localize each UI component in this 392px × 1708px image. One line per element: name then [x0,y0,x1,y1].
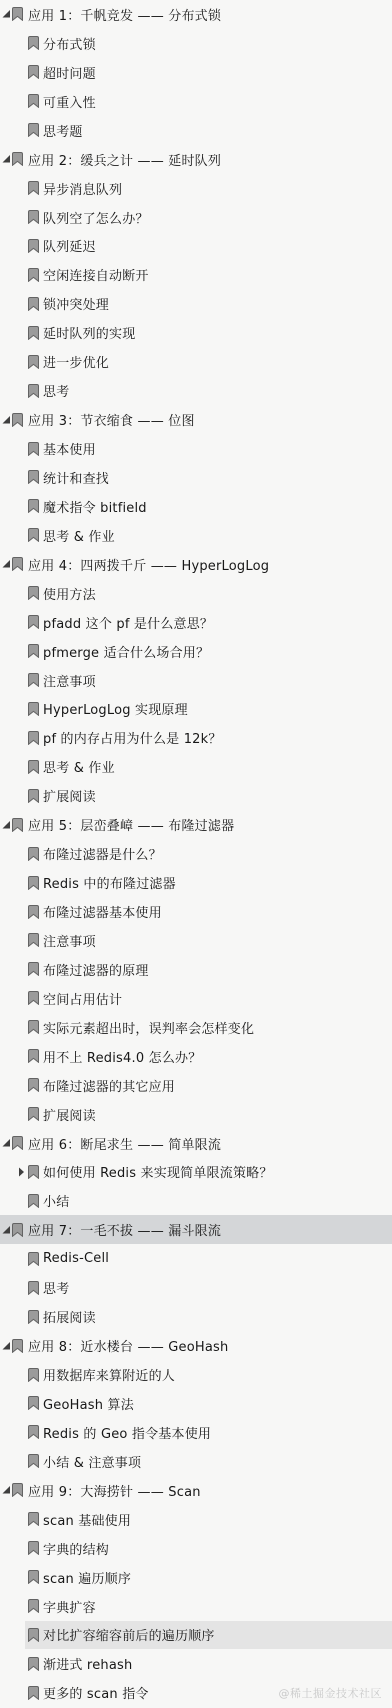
outline-item-label: 空间占用估计 [43,989,122,1008]
outline-item-label: 布隆过滤器是什么？ [43,844,162,863]
bookmark-icon [28,962,39,976]
outline-child-row[interactable]: 队列延迟 [0,232,392,261]
outline-child-row[interactable]: 字典的结构 [0,1534,392,1563]
outline-item-label: 如何使用 Redis 来实现简单限流策略？ [43,1162,273,1181]
outline-section-row[interactable]: 应用 8：近水楼台 —— GeoHash [0,1331,392,1360]
outline-item-label: 应用 2：缓兵之计 —— 延时队列 [28,150,221,169]
outline-item-label: GeoHash 算法 [43,1394,134,1413]
bookmark-icon [12,1339,23,1353]
bookmark-icon [28,1078,39,1092]
bookmark-icon [28,1165,39,1179]
outline-item-label: pfmerge 适合什么场合用？ [43,642,209,661]
outline-child-row[interactable]: 字典扩容 [0,1592,392,1621]
outline-child-row[interactable]: 思考 & 作业 [0,752,392,781]
outline-item-label: 实际元素超出时，误判率会怎样变化 [43,1018,254,1037]
outline-section-row[interactable]: 应用 3：节衣缩食 —— 位图 [0,405,392,434]
outline-section-row[interactable]: 应用 2：缓兵之计 —— 延时队列 [0,145,392,174]
bookmarks-panel: 应用 1：千帆竞发 —— 分布式锁 分布式锁 超时问题 可重入性 思考题 应用 … [0,0,392,1708]
outline-child-row[interactable]: 可重入性 [0,87,392,116]
outline-section-row[interactable]: 应用 6：断尾求生 —— 简单限流 [0,1129,392,1158]
bookmark-icon [28,1368,39,1382]
outline-child-row[interactable]: 对比扩容缩容前后的遍历顺序 [0,1621,392,1650]
outline-item-label: 可重入性 [43,92,96,111]
outline-child-row[interactable]: GeoHash 算法 [0,1389,392,1418]
outline-child-row[interactable]: 使用方法 [0,579,392,608]
outline-section-row[interactable]: 应用 1：千帆竞发 —— 分布式锁 [0,0,392,29]
bookmark-icon [12,1223,23,1237]
triangle-expanded-icon[interactable] [2,1486,11,1495]
outline-child-row[interactable]: 布隆过滤器是什么？ [0,839,392,868]
outline-item-label: 应用 8：近水楼台 —— GeoHash [28,1336,228,1355]
outline-child-row[interactable]: 基本使用 [0,434,392,463]
bookmark-icon [28,355,39,369]
bookmark-icon [12,818,23,832]
outline-child-row[interactable]: 扩展阅读 [0,781,392,810]
outline-item-label: 用数据库来算附近的人 [43,1365,175,1384]
outline-item-label: 应用 6：断尾求生 —— 简单限流 [28,1134,221,1153]
bookmark-icon [28,673,39,687]
outline-child-row[interactable]: 思考题 [0,116,392,145]
outline-child-row[interactable]: 如何使用 Redis 来实现简单限流策略？ [0,1158,392,1187]
bookmark-icon [28,1541,39,1555]
outline-item-label: Redis-Cell [43,1251,109,1266]
bookmark-icon [28,702,39,716]
outline-item-label: 统计和查找 [43,468,109,487]
bookmark-tree: 应用 1：千帆竞发 —— 分布式锁 分布式锁 超时问题 可重入性 思考题 应用 … [0,0,392,1708]
outline-item-label: 思考 [43,381,69,400]
bookmark-icon [28,442,39,456]
bookmark-icon [28,1570,39,1584]
outline-item-label: 思考 & 作业 [43,757,115,776]
triangle-expanded-icon[interactable] [2,415,11,424]
outline-item-label: 应用 3：节衣缩食 —— 位图 [28,410,195,429]
outline-item-label: HyperLogLog 实现原理 [43,699,188,718]
bookmark-icon [28,470,39,484]
bookmark-icon [28,1657,39,1671]
triangle-expanded-icon[interactable] [2,1341,11,1350]
outline-child-row[interactable]: 用不上 Redis4.0 怎么办？ [0,1042,392,1071]
outline-item-label: 拓展阅读 [43,1307,96,1326]
outline-item-label: 队列延迟 [43,236,96,255]
bookmark-icon [28,1107,39,1121]
outline-child-row[interactable]: 超时问题 [0,58,392,87]
outline-child-row[interactable]: 拓展阅读 [0,1302,392,1331]
outline-item-label: 空闲连接自动断开 [43,265,149,284]
outline-item-label: 异步消息队列 [43,179,122,198]
bookmark-icon [28,1020,39,1034]
outline-item-label: 应用 9：大海捞针 —— Scan [28,1481,201,1500]
outline-child-row[interactable]: Redis-Cell [0,1244,392,1273]
outline-item-label: 更多的 scan 指令 [43,1683,149,1702]
outline-child-row[interactable]: scan 遍历顺序 [0,1563,392,1592]
outline-item-label: 超时问题 [43,63,96,82]
outline-child-row[interactable]: Redis 中的布隆过滤器 [0,868,392,897]
triangle-expanded-icon[interactable] [2,10,11,19]
outline-child-row[interactable]: 渐进式 rehash [0,1649,392,1678]
outline-child-row[interactable]: 队列空了怎么办？ [0,203,392,232]
outline-item-label: 扩展阅读 [43,1105,96,1124]
bookmark-icon [12,557,23,571]
bookmark-icon [28,644,39,658]
outline-item-label: 字典扩容 [43,1597,96,1616]
triangle-expanded-icon[interactable] [2,155,11,164]
outline-item-label: 锁冲突处理 [43,294,109,313]
outline-child-row[interactable]: 思考 [0,1273,392,1302]
bookmark-icon [28,1454,39,1468]
bookmark-icon [12,413,23,427]
bookmark-icon [12,7,23,21]
bookmark-icon [28,123,39,137]
outline-section-row[interactable]: 应用 4：四两拨千斤 —— HyperLogLog [0,550,392,579]
outline-item-label: 小结 & 注意事项 [43,1452,141,1471]
bookmark-icon [28,528,39,542]
bookmark-icon [12,152,23,166]
bookmark-icon [28,239,39,253]
outline-item-label: scan 基础使用 [43,1510,131,1529]
bookmark-icon [12,1136,23,1150]
bookmark-icon [28,1512,39,1526]
bookmark-icon [28,268,39,282]
bookmark-icon [28,1310,39,1324]
outline-child-row[interactable]: 魔术指令 bitfield [0,492,392,521]
triangle-expanded-icon[interactable] [2,560,11,569]
outline-child-row[interactable]: 实际元素超出时，误判率会怎样变化 [0,1013,392,1042]
outline-item-label: 小结 [43,1191,69,1210]
bookmark-icon [28,1252,39,1266]
outline-item-label: 布隆过滤器的其它应用 [43,1076,175,1095]
outline-item-label: 注意事项 [43,931,96,950]
outline-child-row[interactable]: 延时队列的实现 [0,318,392,347]
outline-item-label: 使用方法 [43,584,96,603]
outline-child-row[interactable]: 分布式锁 [0,29,392,58]
bookmark-icon [28,1281,39,1295]
outline-child-row[interactable]: pfadd 这个 pf 是什么意思？ [0,608,392,637]
bookmark-icon [28,1686,39,1700]
outline-child-row[interactable]: 思考 & 作业 [0,521,392,550]
triangle-expanded-icon[interactable] [2,1139,11,1148]
outline-child-row[interactable]: 进一步优化 [0,347,392,376]
outline-child-row[interactable]: 锁冲突处理 [0,289,392,318]
outline-item-label: 分布式锁 [43,34,96,53]
outline-item-label: pf 的内存占用为什么是 12k？ [43,728,222,747]
outline-child-row[interactable]: HyperLogLog 实现原理 [0,695,392,724]
outline-item-label: 布隆过滤器的原理 [43,960,149,979]
bookmark-icon [28,1628,39,1642]
bookmark-icon [28,210,39,224]
bookmark-icon [28,876,39,890]
outline-item-label: 进一步优化 [43,352,109,371]
outline-item-label: 扩展阅读 [43,786,96,805]
outline-section-row[interactable]: 应用 9：大海捞针 —— Scan [0,1476,392,1505]
outline-child-row[interactable]: Redis 的 Geo 指令基本使用 [0,1418,392,1447]
outline-child-row[interactable]: 小结 [0,1186,392,1215]
outline-item-label: 对比扩容缩容前后的遍历顺序 [43,1625,215,1644]
bookmark-icon [28,1049,39,1063]
bookmark-icon [12,1483,23,1497]
bookmark-icon [28,933,39,947]
bookmark-icon [28,94,39,108]
outline-section-row[interactable]: 应用 5：层峦叠嶂 —— 布隆过滤器 [0,810,392,839]
outline-item-label: Redis 中的布隆过滤器 [43,873,176,892]
outline-item-label: 队列空了怎么办？ [43,208,149,227]
outline-item-label: Redis 的 Geo 指令基本使用 [43,1423,211,1442]
bookmark-icon [28,499,39,513]
outline-child-row[interactable]: 用数据库来算附近的人 [0,1360,392,1389]
outline-item-label: 布隆过滤器基本使用 [43,902,162,921]
bookmark-icon [28,36,39,50]
bookmark-icon [28,615,39,629]
bookmark-icon [28,326,39,340]
triangle-collapsed-icon[interactable] [18,1166,25,1177]
bookmark-icon [28,297,39,311]
bookmark-icon [28,789,39,803]
outline-child-row[interactable]: 布隆过滤器基本使用 [0,897,392,926]
bookmark-icon [28,1425,39,1439]
outline-item-label: 应用 4：四两拨千斤 —— HyperLogLog [28,555,269,574]
outline-item-label: 思考 [43,1278,69,1297]
outline-child-row[interactable]: 空闲连接自动断开 [0,260,392,289]
outline-child-row[interactable]: 扩展阅读 [0,1100,392,1129]
outline-child-row[interactable]: 注意事项 [0,926,392,955]
bookmark-icon [28,1599,39,1613]
bookmark-icon [28,991,39,1005]
bookmark-icon [28,65,39,79]
outline-child-row[interactable]: 小结 & 注意事项 [0,1447,392,1476]
bookmark-icon [28,586,39,600]
bookmark-icon [28,384,39,398]
outline-child-row[interactable]: 注意事项 [0,666,392,695]
outline-item-label: 用不上 Redis4.0 怎么办？ [43,1047,201,1066]
outline-item-label: 字典的结构 [43,1539,109,1558]
bookmark-icon [28,847,39,861]
outline-child-row[interactable]: pfmerge 适合什么场合用？ [0,637,392,666]
outline-item-label: 应用 1：千帆竞发 —— 分布式锁 [28,5,221,24]
outline-item-label: pfadd 这个 pf 是什么意思？ [43,613,213,632]
outline-child-row[interactable]: 统计和查找 [0,463,392,492]
outline-item-label: 思考题 [43,121,83,140]
bookmark-icon [28,760,39,774]
outline-item-label: scan 遍历顺序 [43,1568,131,1587]
outline-item-label: 延时队列的实现 [43,323,135,342]
outline-child-row[interactable]: 异步消息队列 [0,174,392,203]
outline-child-row[interactable]: pf 的内存占用为什么是 12k？ [0,723,392,752]
outline-child-row[interactable]: 思考 [0,376,392,405]
bookmark-icon [28,905,39,919]
outline-child-row[interactable]: 布隆过滤器的其它应用 [0,1071,392,1100]
outline-child-row[interactable]: 布隆过滤器的原理 [0,955,392,984]
bookmark-icon [28,731,39,745]
outline-item-label: 注意事项 [43,671,96,690]
bookmark-icon [28,1194,39,1208]
outline-child-row[interactable]: scan 基础使用 [0,1505,392,1534]
outline-item-label: 思考 & 作业 [43,526,115,545]
outline-child-row[interactable]: 空间占用估计 [0,984,392,1013]
watermark: @稀土掘金技术社区 [279,1685,383,1701]
triangle-expanded-icon[interactable] [2,820,11,829]
bookmark-icon [28,1396,39,1410]
outline-item-label: 应用 7：一毛不拔 —— 漏斗限流 [28,1220,221,1239]
outline-item-label: 基本使用 [43,439,96,458]
outline-item-label: 应用 5：层峦叠嶂 —— 布隆过滤器 [28,815,234,834]
bookmark-icon [28,181,39,195]
outline-item-label: 渐进式 rehash [43,1654,132,1673]
outline-item-label: 魔术指令 bitfield [43,497,147,516]
triangle-expanded-icon[interactable] [2,1225,11,1234]
outline-section-row[interactable]: 应用 7：一毛不拔 —— 漏斗限流 [0,1215,392,1244]
